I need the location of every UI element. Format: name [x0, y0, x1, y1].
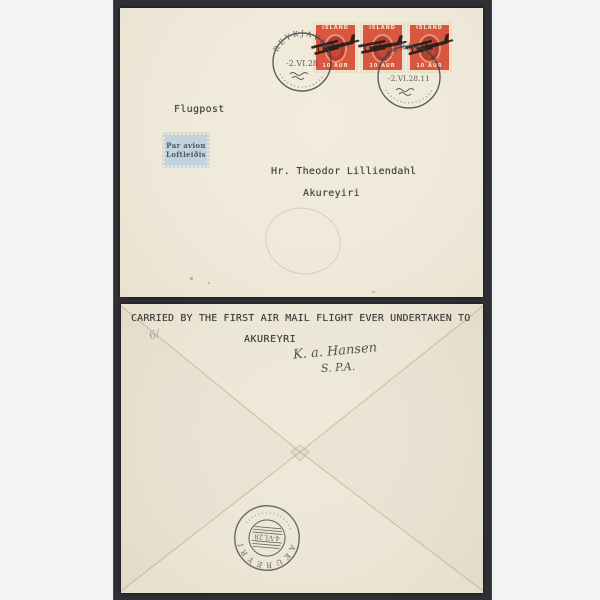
airmail-etiquette-label: Par avion Loftleiðis	[163, 133, 209, 167]
etiquette-line1: Par avion	[166, 141, 205, 150]
signature-line2: S. P.A.	[321, 360, 356, 375]
address-line1: Hr. Theodor Lilliendahl	[271, 166, 416, 177]
flugpost-endorsement: Flugpost	[174, 104, 225, 115]
foxing-spot	[208, 282, 210, 284]
postmark-date-text: -2.VI.28.11	[388, 74, 430, 83]
cachet-line1: CARRIED BY THE FIRST AIR MAIL FLIGHT EVE…	[131, 313, 470, 324]
svg-text:REYKJAVIK: REYKJAVIK	[271, 30, 332, 53]
stamp-country-label: ISLAND	[416, 25, 443, 32]
cachet-line2: AKUREYRI	[244, 334, 296, 345]
postmark-reykjavik-2: REYKJAVIK -2.VI.28.11	[375, 43, 443, 111]
faint-postmark-impression	[258, 200, 348, 282]
postmark-akureyri: AKUREYRI 4-VI.28	[228, 499, 306, 577]
foxing-spot	[190, 277, 193, 280]
postmark-date-text: -2.VI.28	[286, 59, 318, 68]
etiquette-line2: Loftleiðis	[166, 150, 206, 159]
svg-text:AKUREYRI: AKUREYRI	[233, 538, 298, 573]
postmark-city-text: AKUREYRI	[233, 538, 298, 573]
photo-background: ISLAND 10 AUR ISLAND 10 A	[0, 0, 600, 600]
foxing-spot	[372, 291, 375, 293]
postmark-city-text: REYKJAVIK	[271, 30, 332, 53]
postmark-reykjavik-1: REYKJAVIK -2.VI.28	[270, 30, 334, 94]
envelope-front: ISLAND 10 AUR ISLAND 10 A	[120, 8, 483, 297]
envelope-back: CARRIED BY THE FIRST AIR MAIL FLIGHT EVE…	[121, 304, 483, 593]
svg-text:REYKJAVIK: REYKJAVIK	[378, 43, 440, 65]
address-line2: Akureyiri	[303, 188, 360, 199]
postmark-city-text: REYKJAVIK	[378, 43, 440, 65]
postmark-akureyri-wrapper: AKUREYRI 4-VI.28	[228, 499, 306, 577]
stamp-country-label: ISLAND	[369, 25, 396, 32]
